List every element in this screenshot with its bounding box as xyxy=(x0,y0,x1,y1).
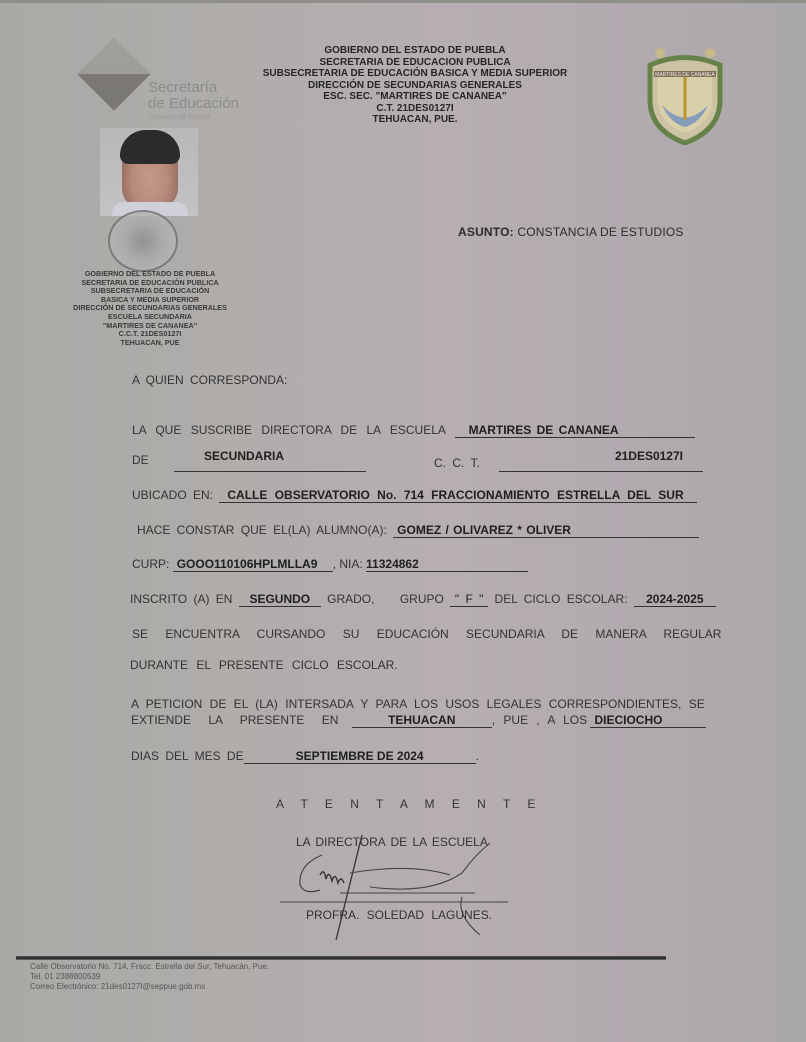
inscrito-label: INSCRITO (A) EN xyxy=(130,592,232,606)
curp-label: CURP: xyxy=(132,557,169,571)
subject-label: ASUNTO: xyxy=(458,225,514,239)
header-line: SUBSECRETARIA DE EDUCACIÓN BASICA Y MEDI… xyxy=(240,68,590,80)
atentamente: A T E N T A M E N T E xyxy=(276,797,542,811)
subject-line: ASUNTO: CONSTANCIA DE ESTUDIOS xyxy=(458,225,684,239)
header-line: C.T. 21DES0127I xyxy=(240,103,590,115)
official-seal-icon xyxy=(108,210,178,272)
address-field: CALLE OBSERVATORIO No. 714 FRACCIONAMIEN… xyxy=(219,488,697,503)
month-year-field: SEPTIEMBRE DE 2024 xyxy=(244,749,476,764)
grado-label: GRADO, xyxy=(327,592,374,606)
group-field: " F " xyxy=(450,592,488,607)
grupo-label: GRUPO xyxy=(400,592,444,606)
header-line: ESC. SEC. "MARTIRES DE CANANEA" xyxy=(240,91,590,103)
body-line-6: INSCRITO (A) EN SEGUNDO GRADO, GRUPO " F… xyxy=(130,592,716,607)
header-line: DIRECCIÓN DE SECUNDARIAS GENERALES xyxy=(240,80,590,92)
photo-hair xyxy=(120,130,180,164)
grade-field: SEGUNDO xyxy=(239,592,321,607)
official-stamp-text: GOBIERNO DEL ESTADO DE PUEBLA SECRETARIA… xyxy=(55,270,245,347)
hace-label: HACE CONSTAR QUE EL(LA) ALUMNO(A): xyxy=(137,523,387,537)
body-line-7: SE ENCUENTRA CURSANDO SU EDUCACIÓN SECUN… xyxy=(132,627,721,641)
secretaria-de-educacion-logo-icon: Secretaría de Educación Gobierno de Pueb… xyxy=(80,30,250,125)
body-line-4: HACE CONSTAR QUE EL(LA) ALUMNO(A): GOMEZ… xyxy=(137,523,699,538)
body-line-11: DIAS DEL MES DESEPTIEMBRE DE 2024. xyxy=(131,749,479,764)
header-line: GOBIERNO DEL ESTADO DE PUEBLA xyxy=(240,45,590,57)
school-type-field: SECUNDARIA xyxy=(174,449,366,472)
logo-sub: Gobierno de Puebla xyxy=(148,114,210,121)
city-field: TEHUACAN xyxy=(352,713,492,728)
subject-value: CONSTANCIA DE ESTUDIOS xyxy=(517,225,683,239)
logo-diamond xyxy=(77,37,151,111)
pue-label: , PUE , A LOS xyxy=(492,713,587,727)
body-line-1: LA QUE SUSCRIBE DIRECTORA DE LA ESCUELA … xyxy=(132,423,695,438)
logo-line-2: de Educación xyxy=(148,96,239,112)
cct-wrap: 21DES0127I xyxy=(499,449,703,472)
nia-label: , NIA: xyxy=(333,557,363,571)
cct-label: C. C. T. xyxy=(434,456,480,470)
school-year-field: 2024-2025 xyxy=(634,592,716,607)
body-line-9: A PETICION DE EL (LA) INTERSADA Y PARA L… xyxy=(131,697,705,711)
body-line-3: UBICADO EN: CALLE OBSERVATORIO No. 714 F… xyxy=(132,488,697,503)
footer-address: Calle Observatorio No. 714, Fracc. Estre… xyxy=(30,962,269,972)
body-line-5: CURP: GOOO110106HPLMLLA9, NIA: 11324862 xyxy=(132,557,528,572)
paper-edge xyxy=(0,0,806,3)
school-name-field: MARTIRES DE CANANEA xyxy=(455,423,695,438)
school-crest-icon: MARTIRES DE CANANEA xyxy=(640,45,730,145)
body-line-2: DE xyxy=(132,453,149,467)
curp-field: GOOO110106HPLMLLA9 xyxy=(173,557,333,572)
director-name: PROFRA. SOLEDAD LAGUNES. xyxy=(306,908,492,922)
salutation: A QUIEN CORRESPONDA: xyxy=(132,373,287,387)
footer-phone: Tel. 01 2388800539 xyxy=(30,972,269,982)
day-field: DIECIOCHO xyxy=(590,713,706,728)
ciclo-label: DEL CICLO ESCOLAR: xyxy=(495,592,628,606)
signature-icon xyxy=(280,835,510,940)
header-line: TEHUACAN, PUE. xyxy=(240,114,590,126)
body-line-8: DURANTE EL PRESENTE CICLO ESCOLAR. xyxy=(130,658,398,672)
crest-label: MARTIRES DE CANANEA xyxy=(655,72,715,78)
extiende-label: EXTIENDE LA PRESENTE EN xyxy=(131,713,338,727)
ubicado-label: UBICADO EN: xyxy=(132,488,213,502)
student-photo-icon xyxy=(100,128,198,216)
logo-line-1: Secretaría xyxy=(148,80,217,96)
l2-prefix: DE xyxy=(132,453,149,467)
footer-email: Correo Electrónico: 21des0127I@seppue.go… xyxy=(30,982,269,992)
cct-field: 21DES0127I xyxy=(499,449,703,472)
footer-divider xyxy=(16,956,666,960)
header-line: SECRETARIA DE EDUCACION PUBLICA xyxy=(240,57,590,69)
student-name-field: GOMEZ / OLIVAREZ * OLIVER xyxy=(393,523,699,538)
end-punct: . xyxy=(476,749,479,763)
body-line-10: EXTIENDE LA PRESENTE EN TEHUACAN, PUE , … xyxy=(131,713,706,728)
document-header: GOBIERNO DEL ESTADO DE PUEBLA SECRETARIA… xyxy=(240,45,590,126)
dias-label: DIAS DEL MES DE xyxy=(131,749,244,763)
nia-field: 11324862 xyxy=(366,557,528,572)
l1-prefix: LA QUE SUSCRIBE DIRECTORA DE LA ESCUELA xyxy=(132,423,445,437)
footer-contact: Calle Observatorio No. 714, Fracc. Estre… xyxy=(30,962,269,992)
stamp-line: TEHUACAN, PUE xyxy=(55,339,245,348)
school-type-wrap: SECUNDARIA xyxy=(174,449,366,472)
